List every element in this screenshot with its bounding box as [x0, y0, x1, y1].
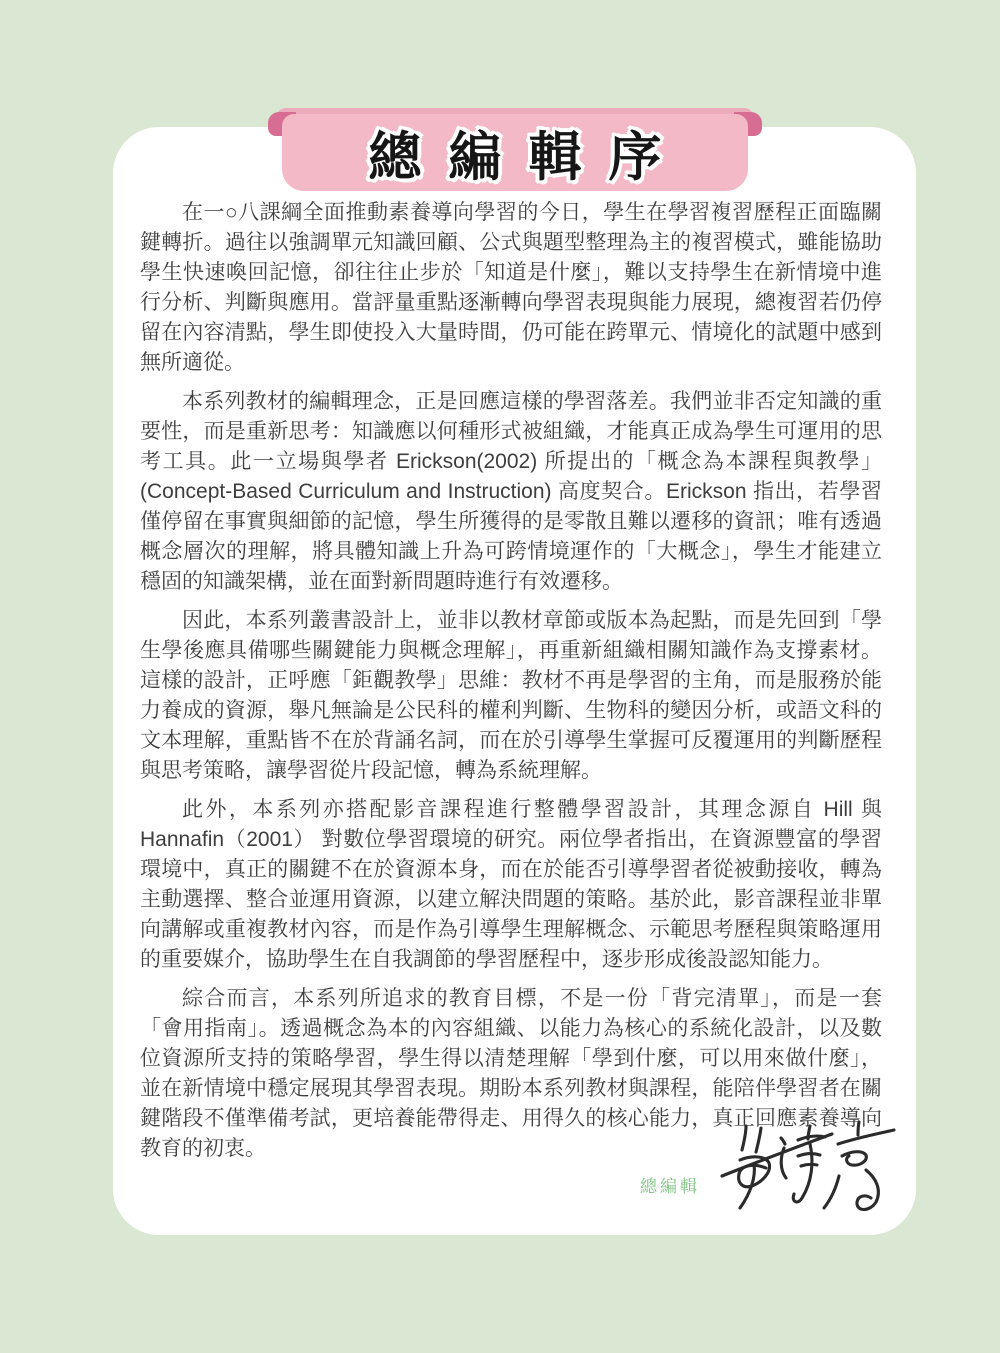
preface-body: 在一○八課綱全面推動素養導向學習的今日，學生在學習複習歷程正面臨關鍵轉折。過往以… [140, 198, 882, 1173]
preface-page: 總編輯序 在一○八課綱全面推動素養導向學習的今日，學生在學習複習歷程正面臨關鍵轉… [0, 0, 1000, 1353]
paragraph-2: 本系列教材的編輯理念，正是回應這樣的學習落差。我們並非否定知識的重要性，而是重新… [140, 387, 882, 597]
handwritten-signature-image [708, 1114, 900, 1218]
paragraph-4: 此外，本系列亦搭配影音課程進行整體學習設計，其理念源自 Hill 與 Hanna… [140, 795, 882, 975]
banner-front: 總編輯序 [282, 114, 748, 191]
paragraph-3: 因此，本系列叢書設計上，並非以教材章節或版本為起點，而是先回到「學生學後應具備哪… [140, 606, 882, 786]
signature-block: 總編輯 [640, 1108, 900, 1223]
title-banner: 總編輯序 [268, 107, 762, 191]
paragraph-1: 在一○八課綱全面推動素養導向學習的今日，學生在學習複習歷程正面臨關鍵轉折。過往以… [140, 198, 882, 378]
editor-role-label: 總編輯 [640, 1172, 700, 1197]
page-title: 總編輯序 [342, 115, 689, 191]
